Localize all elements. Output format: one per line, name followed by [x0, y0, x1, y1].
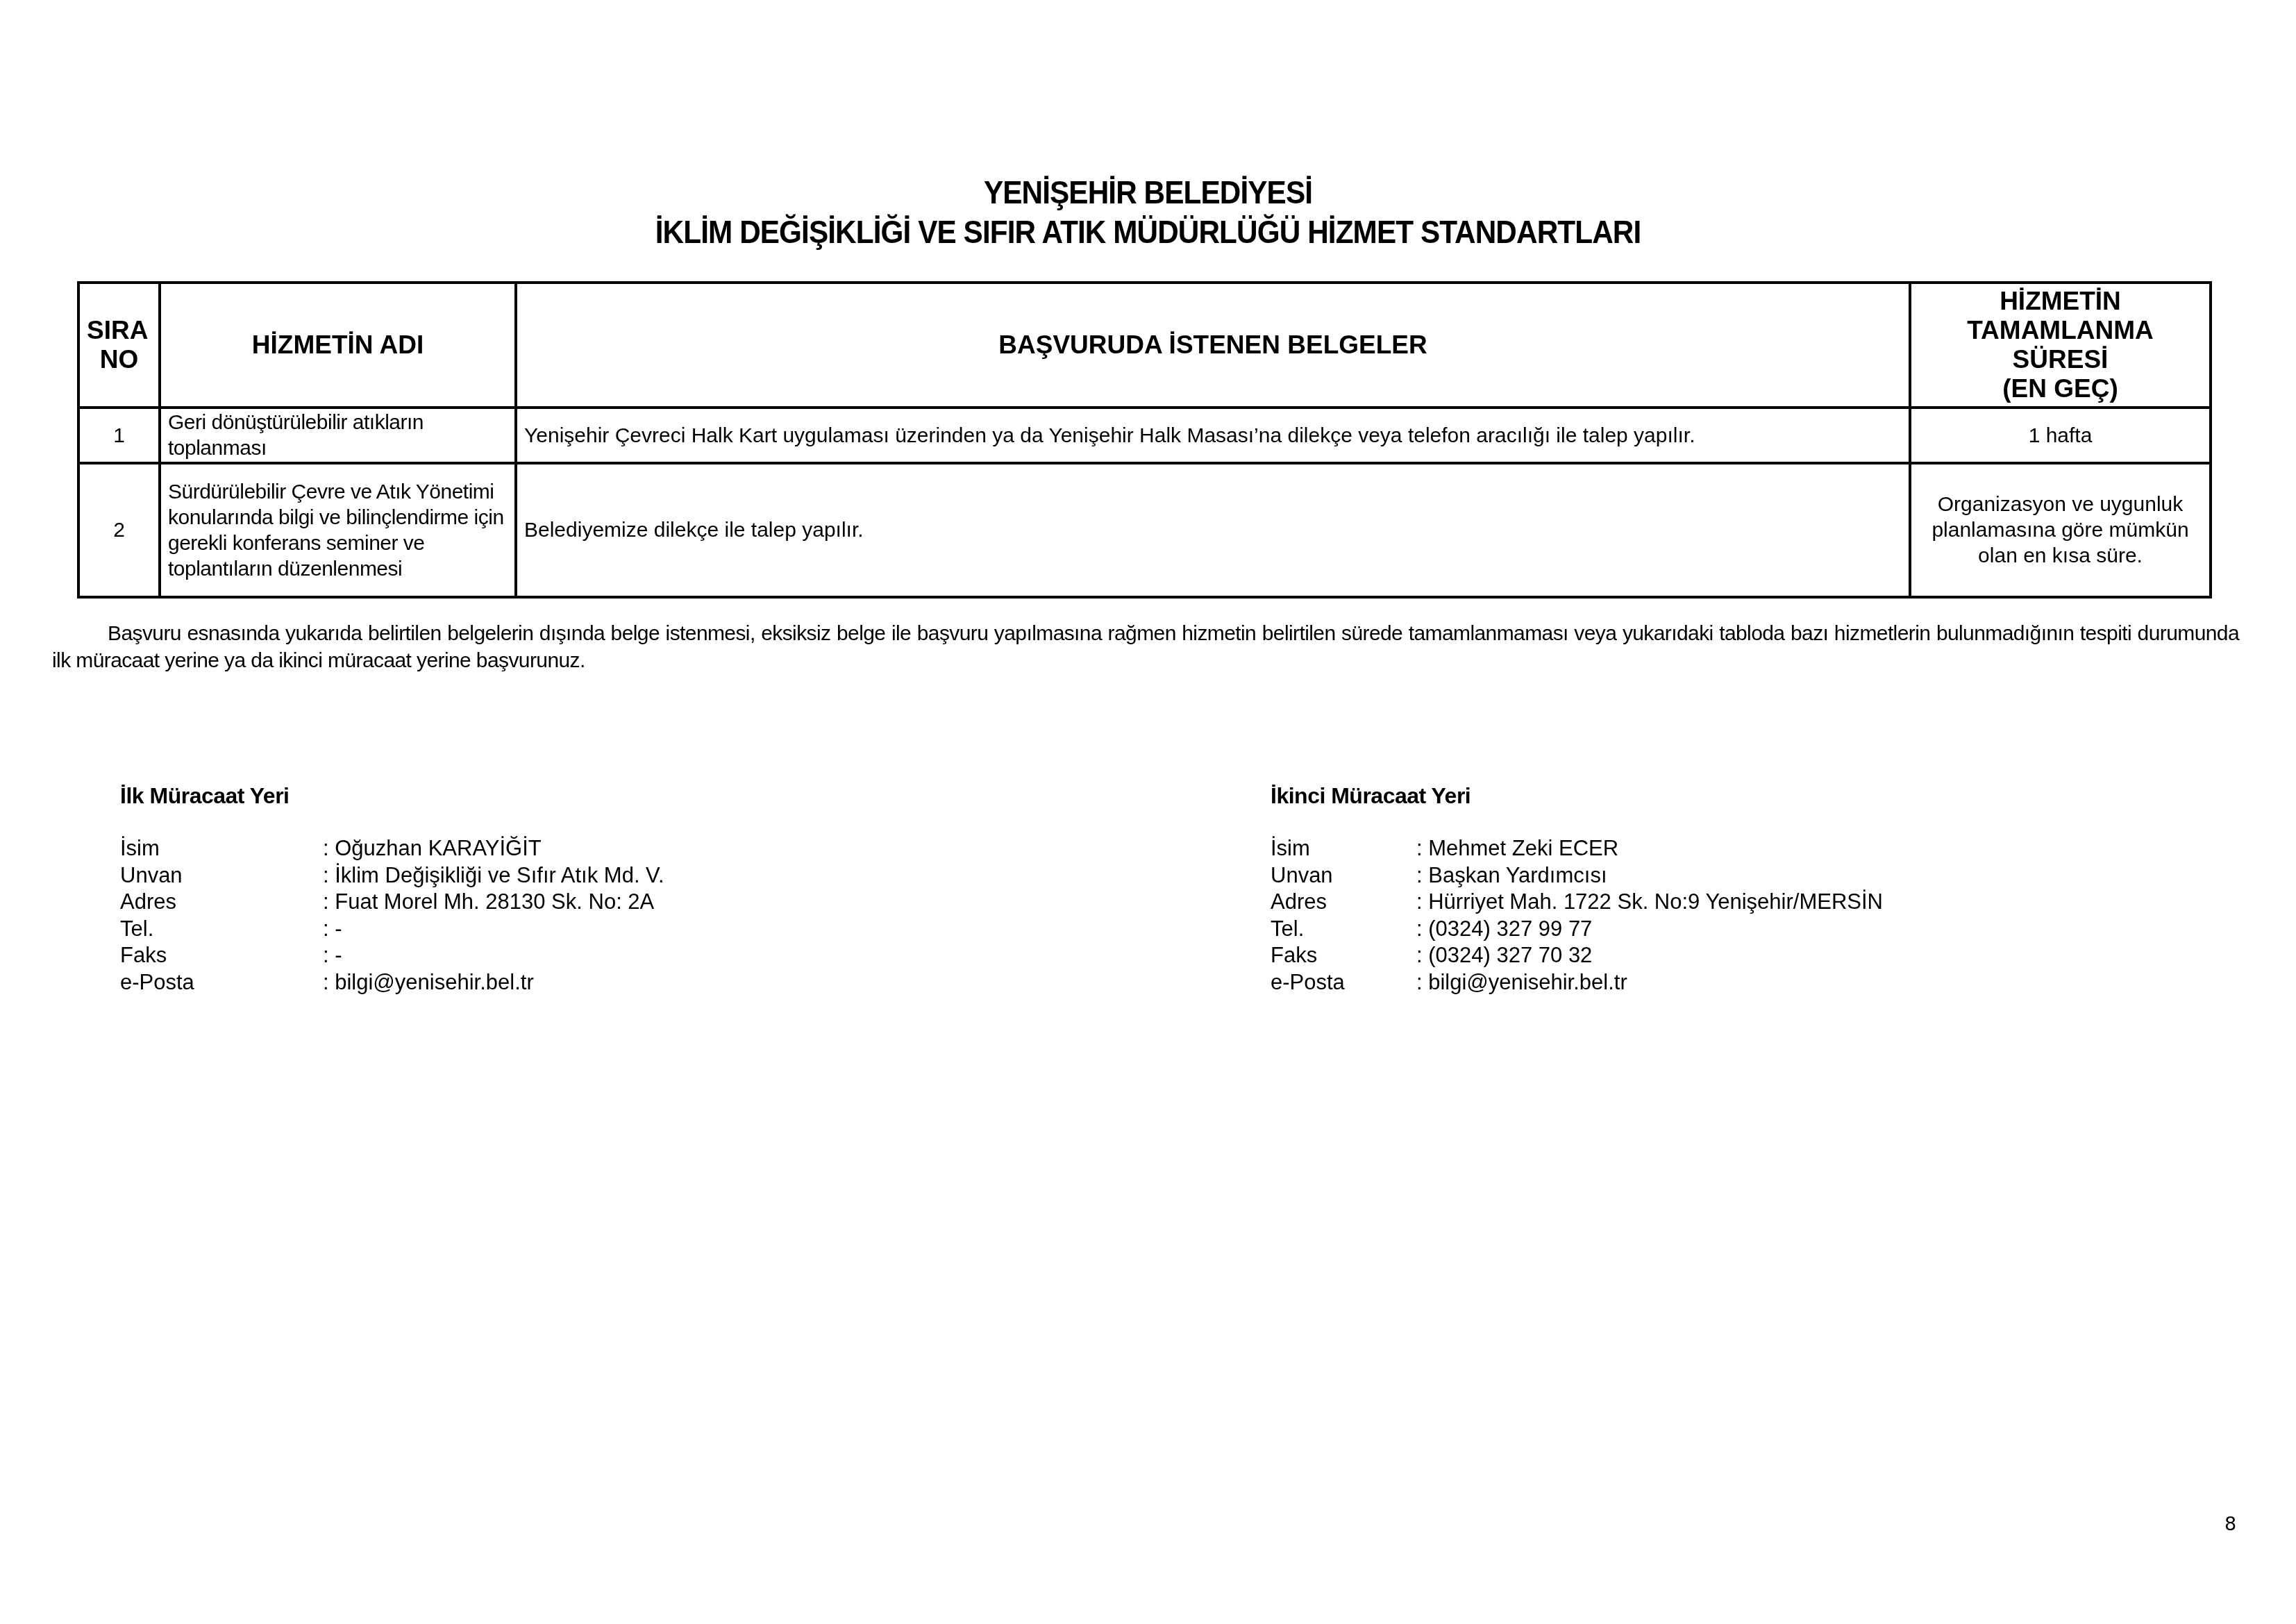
- contact-label: Adres: [120, 889, 176, 916]
- contact-value: : Başkan Yardımcısı: [1416, 862, 1607, 889]
- contact-row-fax: Faks: (0324) 327 70 32: [1271, 942, 2173, 969]
- contact-value: : -: [323, 916, 342, 943]
- contact-label: Tel.: [120, 916, 153, 943]
- contact-label: Faks: [1271, 942, 1317, 969]
- contact-label: Faks: [120, 942, 167, 969]
- contact-row-email: e-Posta: bilgi@yenisehir.bel.tr: [120, 969, 953, 996]
- contact-label: Tel.: [1271, 916, 1304, 943]
- contact-row-address: Adres: Hürriyet Mah. 1722 Sk. No:9 Yeniş…: [1271, 889, 2173, 916]
- contact-row-phone: Tel.: -: [120, 916, 953, 943]
- column-header-documents: BAŞVURUDA İSTENEN BELGELER: [516, 283, 1910, 408]
- column-header-duration: HİZMETİN TAMAMLANMA SÜRESİ (EN GEÇ): [1910, 283, 2211, 408]
- second-application-heading: İkinci Müracaat Yeri: [1271, 783, 2173, 811]
- service-standards-table: SIRA NO HİZMETİN ADI BAŞVURUDA İSTENEN B…: [77, 281, 2212, 598]
- contact-label: e-Posta: [1271, 969, 1345, 996]
- row-number: 1: [78, 408, 160, 463]
- contact-value: : Oğuzhan KARAYİĞİT: [323, 835, 542, 862]
- contact-row-address: Adres: Fuat Morel Mh. 28130 Sk. No: 2A: [120, 889, 953, 916]
- column-header-name: HİZMETİN ADI: [160, 283, 516, 408]
- contact-label: Unvan: [1271, 862, 1333, 889]
- contact-value: : -: [323, 942, 342, 969]
- table-header-row: SIRA NO HİZMETİN ADI BAŞVURUDA İSTENEN B…: [78, 283, 2211, 408]
- completion-time: 1 hafta: [1910, 408, 2211, 463]
- column-header-duration-line2: TAMAMLANMA: [1918, 316, 2202, 345]
- contact-row-title: Unvan: İklim Değişikliği ve Sıfır Atık M…: [120, 862, 953, 889]
- table-row: 2 Sürdürülebilir Çevre ve Atık Yönetimi …: [78, 463, 2211, 597]
- contact-label: e-Posta: [120, 969, 194, 996]
- contact-email[interactable]: : bilgi@yenisehir.bel.tr: [323, 969, 534, 996]
- column-header-duration-line4: (EN GEÇ): [1918, 374, 2202, 403]
- first-application-heading: İlk Müracaat Yeri: [120, 783, 953, 811]
- contact-value: : Hürriyet Mah. 1722 Sk. No:9 Yenişehir/…: [1416, 889, 1883, 916]
- contact-row-title: Unvan: Başkan Yardımcısı: [1271, 862, 2173, 889]
- contact-value: : (0324) 327 70 32: [1416, 942, 1592, 969]
- required-documents: Yenişehir Çevreci Halk Kart uygulaması ü…: [516, 408, 1910, 463]
- contact-row-name: İsim: Oğuzhan KARAYİĞİT: [120, 835, 953, 862]
- contact-value: : İklim Değişikliği ve Sıfır Atık Md. V.: [323, 862, 664, 889]
- column-header-duration-line1: HİZMETİN: [1918, 287, 2202, 316]
- contact-label: Unvan: [120, 862, 183, 889]
- contact-value: : Mehmet Zeki ECER: [1416, 835, 1618, 862]
- column-header-duration-line3: SÜRESİ: [1918, 345, 2202, 374]
- column-header-no-line1: SIRA: [87, 316, 151, 345]
- contact-label: Adres: [1271, 889, 1327, 916]
- column-header-no: SIRA NO: [78, 283, 160, 408]
- required-documents: Belediyemize dilekçe ile talep yapılır.: [516, 463, 1910, 597]
- completion-time: Organizasyon ve uygunluk planlamasına gö…: [1910, 463, 2211, 597]
- application-note: Başvuru esnasında yukarıda belirtilen be…: [52, 620, 2239, 674]
- municipality-title: YENİŞEHİR BELEDİYESİ: [92, 174, 2204, 211]
- first-application-place: İlk Müracaat Yeri İsim: Oğuzhan KARAYİĞİ…: [120, 783, 953, 996]
- contact-label: İsim: [120, 835, 160, 862]
- document-title: İKLİM DEĞİŞİKLİĞİ VE SIFIR ATIK MÜDÜRLÜĞ…: [92, 213, 2204, 251]
- service-name: Sürdürülebilir Çevre ve Atık Yönetimi ko…: [160, 463, 516, 597]
- contact-row-name: İsim: Mehmet Zeki ECER: [1271, 835, 2173, 862]
- row-number: 2: [78, 463, 160, 597]
- contact-email[interactable]: : bilgi@yenisehir.bel.tr: [1416, 969, 1627, 996]
- table-row: 1 Geri dönüştürülebilir atıkların toplan…: [78, 408, 2211, 463]
- contact-row-email: e-Posta: bilgi@yenisehir.bel.tr: [1271, 969, 2173, 996]
- contact-label: İsim: [1271, 835, 1310, 862]
- contact-value: : Fuat Morel Mh. 28130 Sk. No: 2A: [323, 889, 654, 916]
- contact-row-fax: Faks: -: [120, 942, 953, 969]
- service-name: Geri dönüştürülebilir atıkların toplanma…: [160, 408, 516, 463]
- page-number: 8: [2224, 1514, 2236, 1535]
- column-header-no-line2: NO: [87, 345, 151, 374]
- contact-value: : (0324) 327 99 77: [1416, 916, 1592, 943]
- contact-row-phone: Tel.: (0324) 327 99 77: [1271, 916, 2173, 943]
- second-application-place: İkinci Müracaat Yeri İsim: Mehmet Zeki E…: [1271, 783, 2173, 996]
